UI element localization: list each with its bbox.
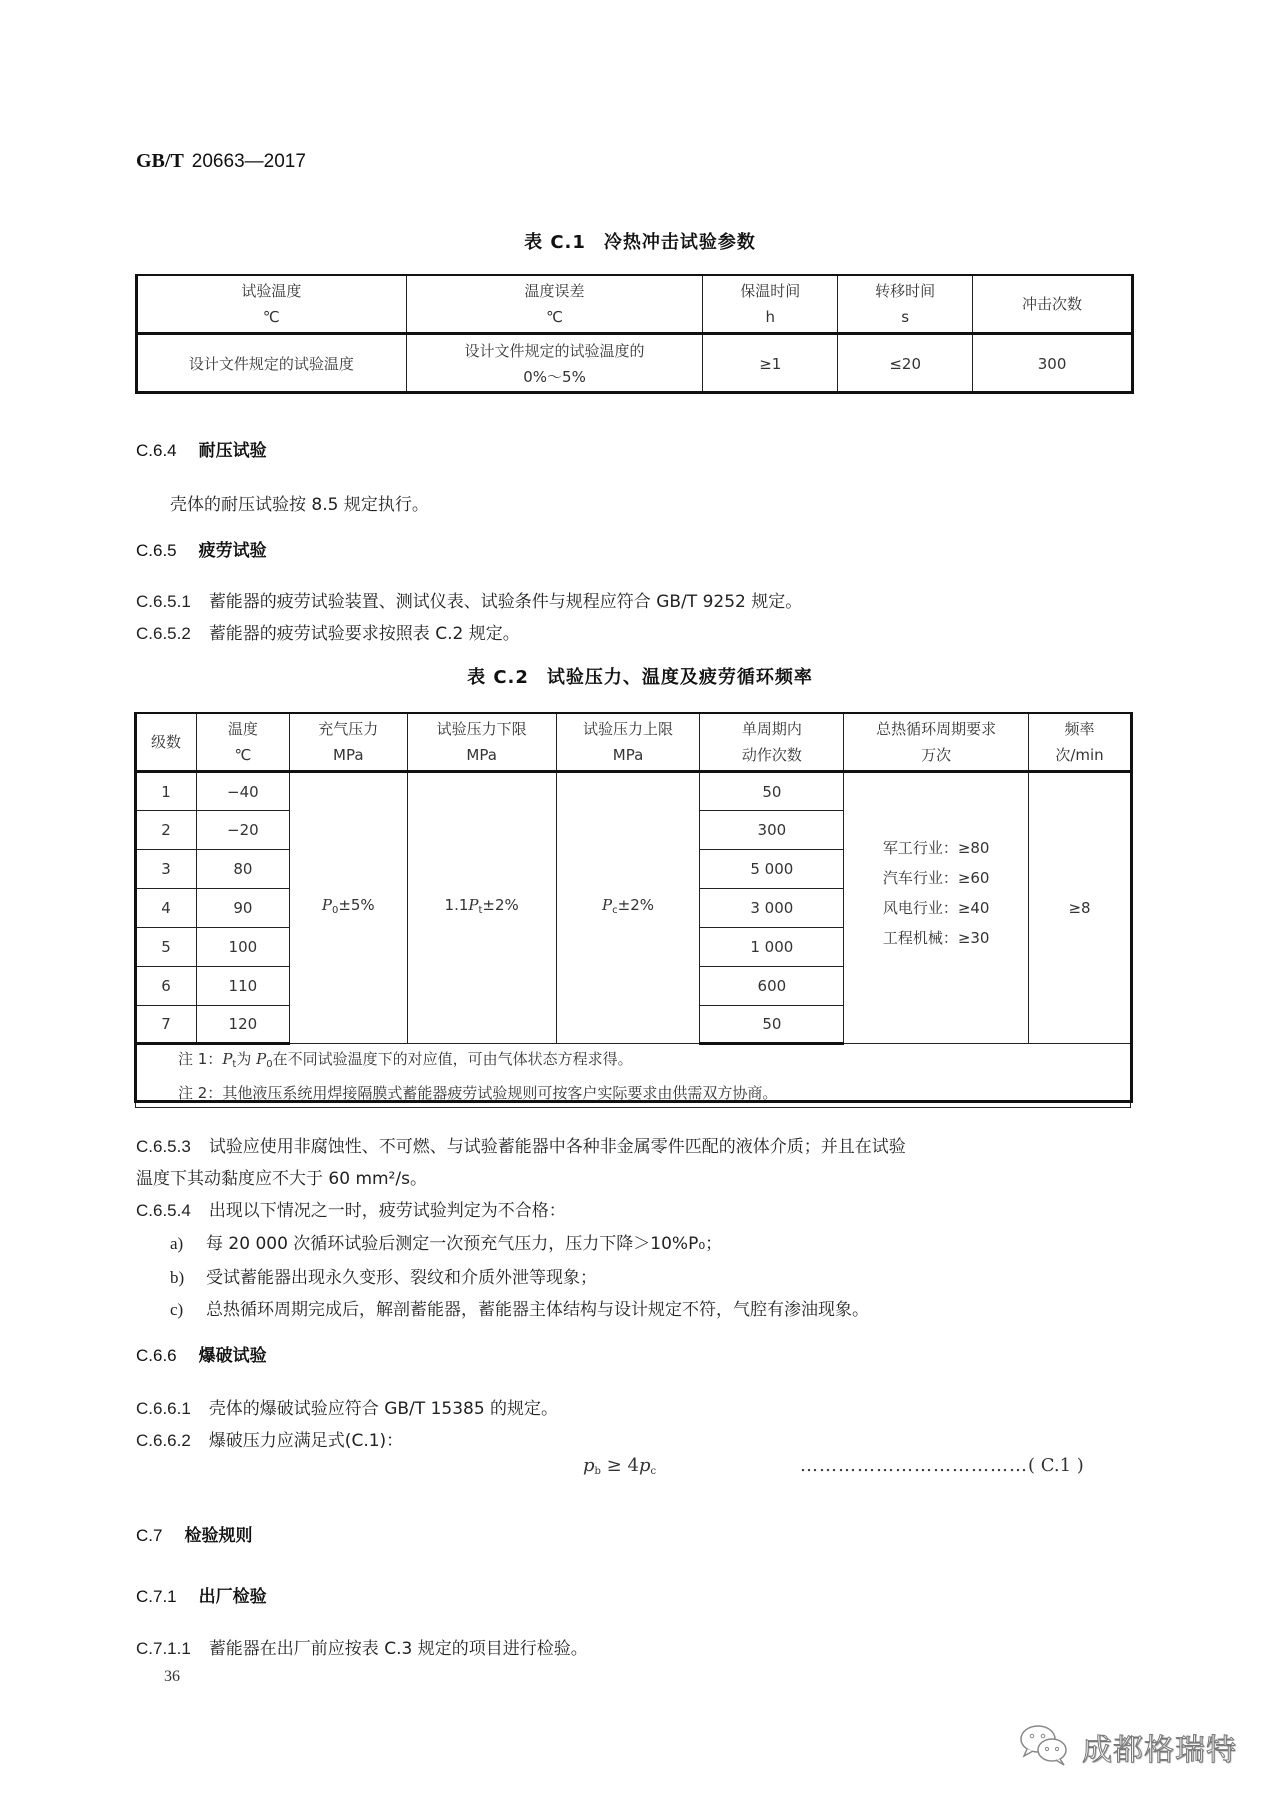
table-c2-caption: 试验压力、温度及疲劳循环频率 — [547, 667, 813, 688]
list-item: c)总热循环周期完成后，解剖蓄能器，蓄能器主体结构与设计规定不符，气腔有渗油现象… — [170, 1295, 869, 1320]
level-cell: 5 — [136, 928, 197, 967]
section-c64-body: 壳体的耐压试验按 8.5 规定执行。 — [170, 490, 429, 515]
level-cell: 4 — [136, 889, 197, 928]
level-cell: 1 — [136, 772, 197, 811]
watermark: 成都格瑞特 — [1018, 1722, 1237, 1772]
list-item: b)受试蓄能器出现永久变形、裂纹和介质外泄等现象； — [170, 1263, 597, 1288]
list-item: a)每 20 000 次循环试验后测定一次预充气压力，压力下降＞10%P₀； — [170, 1229, 722, 1254]
charge-pressure-cell: P0±5% — [289, 772, 407, 1044]
level-cell: 3 — [136, 850, 197, 889]
table-c2: 级数 温度℃ 充气压力MPa 试验压力下限MPa 试验压力上限MPa 单周期内动… — [135, 713, 1131, 1108]
table-c2-header-cell: 频率次/min — [1029, 714, 1131, 772]
table-c1-header-cell: 冲击次数 — [973, 276, 1132, 334]
table-c1-transfer-time: ≤20 — [838, 334, 973, 393]
table-c1-test-temp: 设计文件规定的试验温度 — [137, 334, 407, 393]
table-c2-header-row: 级数 温度℃ 充气压力MPa 试验压力下限MPa 试验压力上限MPa 单周期内动… — [136, 714, 1131, 772]
clause-c653: C.6.5.3试验应使用非腐蚀性、不可燃、与试验蓄能器中各种非金属零件匹配的液体… — [136, 1132, 906, 1157]
level-cell: 6 — [136, 967, 197, 1006]
table-c2-notes: 注 1：Pt为 P0在不同试验温度下的对应值，可由气体状态方程求得。 注 2：其… — [136, 1044, 1131, 1108]
actions-cell: 50 — [700, 1006, 844, 1044]
table-c2-header-cell: 级数 — [136, 714, 197, 772]
table-c1-header-cell: 保温时间h — [703, 276, 838, 334]
table-c2-label: 表 C.2 — [467, 667, 529, 688]
temp-cell: −20 — [196, 811, 289, 850]
table-c1-header-row: 试验温度℃ 温度误差℃ 保温时间h 转移时间s 冲击次数 — [137, 276, 1132, 334]
formula-c1-number: ………………………………( C.1 ) — [800, 1455, 1084, 1476]
table-c2-note-1: 注 1：Pt为 P0在不同试验温度下的对应值，可由气体状态方程求得。 — [178, 1045, 1130, 1079]
page-number: 36 — [164, 1668, 180, 1686]
table-c2-header-cell: 温度℃ — [196, 714, 289, 772]
table-c1-caption: 冷热冲击试验参数 — [604, 232, 756, 253]
table-c2-note-2: 注 2：其他液压系统用焊接隔膜式蓄能器疲劳试验规则可按客户实际要求由供需双方协商… — [178, 1079, 1130, 1107]
section-c64-heading: C.6.4耐压试验 — [136, 436, 267, 461]
upper-limit-cell: Pc±2% — [556, 772, 700, 1044]
table-row: 设计文件规定的试验温度 设计文件规定的试验温度的0%～5% ≥1 ≤20 300 — [137, 334, 1132, 393]
temp-cell: 90 — [196, 889, 289, 928]
clause-c653-cont: 温度下其动黏度应不大于 60 mm²/s。 — [136, 1164, 427, 1189]
table-c2-header-cell: 单周期内动作次数 — [700, 714, 844, 772]
actions-cell: 600 — [700, 967, 844, 1006]
table-c1-header-cell: 试验温度℃ — [137, 276, 407, 334]
section-c66-heading: C.6.6爆破试验 — [136, 1341, 267, 1366]
standard-number: 20663—2017 — [192, 151, 306, 172]
temp-cell: 100 — [196, 928, 289, 967]
actions-cell: 3 000 — [700, 889, 844, 928]
table-c1-title: 表 C.1冷热冲击试验参数 — [0, 228, 1280, 254]
section-c65-heading: C.6.5疲劳试验 — [136, 536, 267, 561]
table-c2-notes-row: 注 1：Pt为 P0在不同试验温度下的对应值，可由气体状态方程求得。 注 2：其… — [136, 1044, 1131, 1108]
table-c1-hold-time: ≥1 — [703, 334, 838, 393]
level-cell: 7 — [136, 1006, 197, 1044]
table-c1-header-cell: 温度误差℃ — [406, 276, 703, 334]
table-c2-header-cell: 充气压力MPa — [289, 714, 407, 772]
temp-cell: 110 — [196, 967, 289, 1006]
clause-c654: C.6.5.4出现以下情况之一时，疲劳试验判定为不合格： — [136, 1196, 566, 1221]
actions-cell: 300 — [700, 811, 844, 850]
table-c2-title: 表 C.2试验压力、温度及疲劳循环频率 — [0, 663, 1280, 689]
temp-cell: −40 — [196, 772, 289, 811]
section-c7-heading: C.7检验规则 — [136, 1521, 252, 1546]
clause-c661: C.6.6.1壳体的爆破试验应符合 GB/T 15385 的规定。 — [136, 1394, 558, 1419]
lower-limit-cell: 1.1Pt±2% — [407, 772, 556, 1044]
actions-cell: 5 000 — [700, 850, 844, 889]
table-c2-header-cell: 试验压力上限MPa — [556, 714, 700, 772]
temp-cell: 80 — [196, 850, 289, 889]
clause-c662: C.6.6.2爆破压力应满足式(C.1)： — [136, 1426, 403, 1451]
table-c1-header-cell: 转移时间s — [838, 276, 973, 334]
section-c71-heading: C.7.1出厂检验 — [136, 1582, 267, 1607]
temp-cell: 120 — [196, 1006, 289, 1044]
table-c1: 试验温度℃ 温度误差℃ 保温时间h 转移时间s 冲击次数 设计文件规定的试验温度… — [136, 275, 1132, 393]
cycle-requirements-cell: 军工行业：≥80 汽车行业：≥60 风电行业：≥40 工程机械：≥30 — [844, 772, 1029, 1044]
clause-c651: C.6.5.1蓄能器的疲劳试验装置、测试仪表、试验条件与规程应符合 GB/T 9… — [136, 587, 802, 612]
standard-prefix: GB/T — [136, 150, 184, 172]
table-row: 1 −40 P0±5% 1.1Pt±2% Pc±2% 50 军工行业：≥80 汽… — [136, 772, 1131, 811]
clause-c652: C.6.5.2蓄能器的疲劳试验要求按照表 C.2 规定。 — [136, 619, 520, 644]
clause-c711: C.7.1.1蓄能器在出厂前应按表 C.3 规定的项目进行检验。 — [136, 1634, 588, 1659]
frequency-cell: ≥8 — [1029, 772, 1131, 1044]
wechat-icon — [1018, 1722, 1072, 1772]
table-c1-shock-count: 300 — [973, 334, 1132, 393]
table-c1-label: 表 C.1 — [524, 232, 586, 253]
table-c2-header-cell: 总热循环周期要求万次 — [844, 714, 1029, 772]
actions-cell: 50 — [700, 772, 844, 811]
actions-cell: 1 000 — [700, 928, 844, 967]
table-c2-header-cell: 试验压力下限MPa — [407, 714, 556, 772]
level-cell: 2 — [136, 811, 197, 850]
standard-code: GB/T20663—2017 — [136, 150, 306, 173]
table-c1-temp-error: 设计文件规定的试验温度的0%～5% — [406, 334, 703, 393]
formula-c1: pb ≥ 4pc — [583, 1455, 656, 1477]
watermark-text: 成都格瑞特 — [1082, 1725, 1237, 1769]
